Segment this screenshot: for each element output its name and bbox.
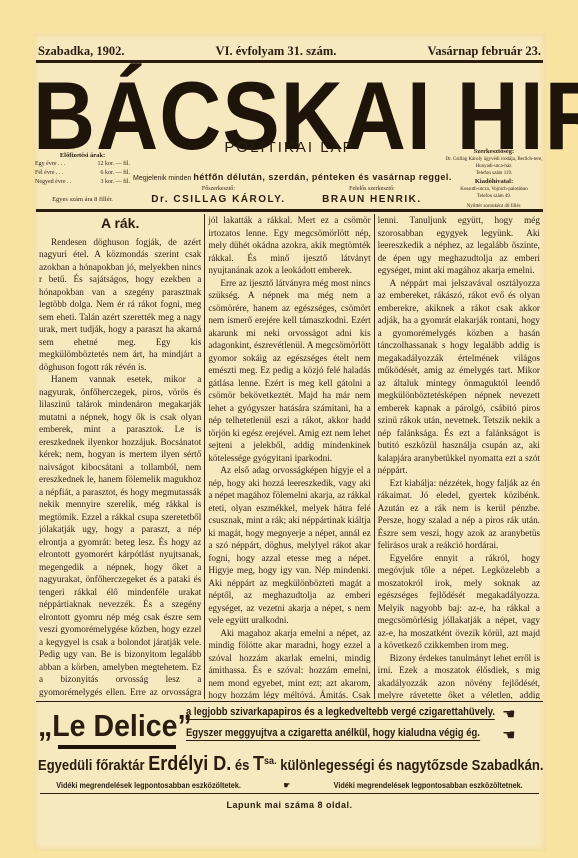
paragraph: Aki magahoz akarja emelni a népet, az mi…	[208, 627, 370, 700]
paragraph: A néppárt mai jelszavával osztályozza az…	[378, 277, 540, 477]
price-row: Egy évre . . .12 kor. — fil.	[35, 160, 130, 169]
pointing-hand-icon: ☛	[502, 729, 515, 743]
subscription-box: Előfizetési árak: Egy évre . . .12 kor. …	[35, 151, 130, 204]
newspaper-page: Szabadka, 1902. VI. évfolyam 31. szám. V…	[33, 33, 546, 851]
issue-date: Vasárnap február 23.	[427, 44, 541, 58]
ad-tagline-2: Egyszer meggyujtva a czigaretta anélkül,…	[186, 727, 480, 741]
article-column-2: jól lakatták a rákkal. Mert ez a csömör …	[204, 214, 373, 699]
article-columns: A rák. Rendesen döghuson fogják, de azér…	[36, 214, 543, 699]
price-row: Negyed évre . .3 kor. — fil.	[35, 178, 130, 187]
article-column-3: lenni. Tanuljunk együtt, hogy még szoros…	[374, 214, 543, 699]
dateline: Szabadka, 1902. VI. évfolyam 31. szám. V…	[38, 44, 541, 58]
ad-sole-distributor: Egyedüli főraktár Erdélyi D. és Tsa. kül…	[38, 753, 491, 776]
ad-brand-underline	[58, 745, 176, 749]
paragraph: Ezt kiabálja: nézzétek, hogy falják az é…	[378, 477, 540, 552]
section-rule	[36, 209, 543, 212]
single-copy-price: Egyes szám ára 8 fillér.	[35, 195, 130, 204]
ad-tagline-1: a legjobb szivarkapapiros és a legkedvel…	[186, 706, 495, 720]
responsible-editor: Felelős szerkesztő: BRAUN HENRIK.	[322, 186, 422, 205]
ad-brand-name: „Le Delice”	[38, 708, 192, 744]
article-column-1: A rák. Rendesen döghuson fogják, de azér…	[36, 214, 204, 699]
office-box: Szerkesztőség: Dr. Csillag Károly ügyvéd…	[444, 147, 544, 210]
paragraph: Az első adag orvosságképen higyje el a n…	[208, 464, 370, 627]
paragraph: Erre az ijesztő látványra még most nincs…	[208, 277, 370, 465]
editors: Főszerkesztő: Dr. CSILLAG KÁROLY. Felelő…	[133, 186, 440, 205]
paragraph: jól lakatták a rákkal. Mert ez a csömör …	[208, 214, 370, 277]
paragraph: Egyelőre ennyit a rákról, hogy megóvjuk …	[378, 552, 540, 652]
pointing-hand-icon: ☛	[502, 708, 515, 722]
paragraph: Hanem vannak esetek, mikor a nagyurak, ö…	[39, 373, 201, 699]
paragraph: Rendesen döghuson fogják, de azért nagyu…	[39, 236, 201, 374]
price-row: Fél évre . . .6 kor. — fil.	[35, 169, 130, 178]
ad-rural-orders: Vidéki megrendelések legpontosabban eszk…	[40, 780, 539, 794]
editor-in-chief: Főszerkesztő: Dr. CSILLAG KÁROLY.	[151, 186, 285, 205]
page-count-note: Lapunk mai száma 8 oldal.	[36, 800, 543, 810]
volume-number: VI. évfolyam 31. szám.	[216, 44, 337, 58]
pointing-hand-icon: ☛	[284, 780, 290, 791]
place-year: Szabadka, 1902.	[38, 44, 124, 58]
paragraph: lenni. Tanuljunk együtt, hogy még szoros…	[378, 214, 540, 277]
cigarette-paper-advertisement: „Le Delice” a legjobb szivarkapapiros és…	[36, 701, 543, 852]
paragraph: Bizony érdekes tanulmányt lehet erről is…	[378, 652, 540, 700]
article-title: A rák.	[39, 217, 201, 230]
subscription-heading: Előfizetési árak:	[35, 151, 130, 160]
publication-schedule: Megjelenik minden hétfőn délután, szerdá…	[133, 172, 440, 182]
